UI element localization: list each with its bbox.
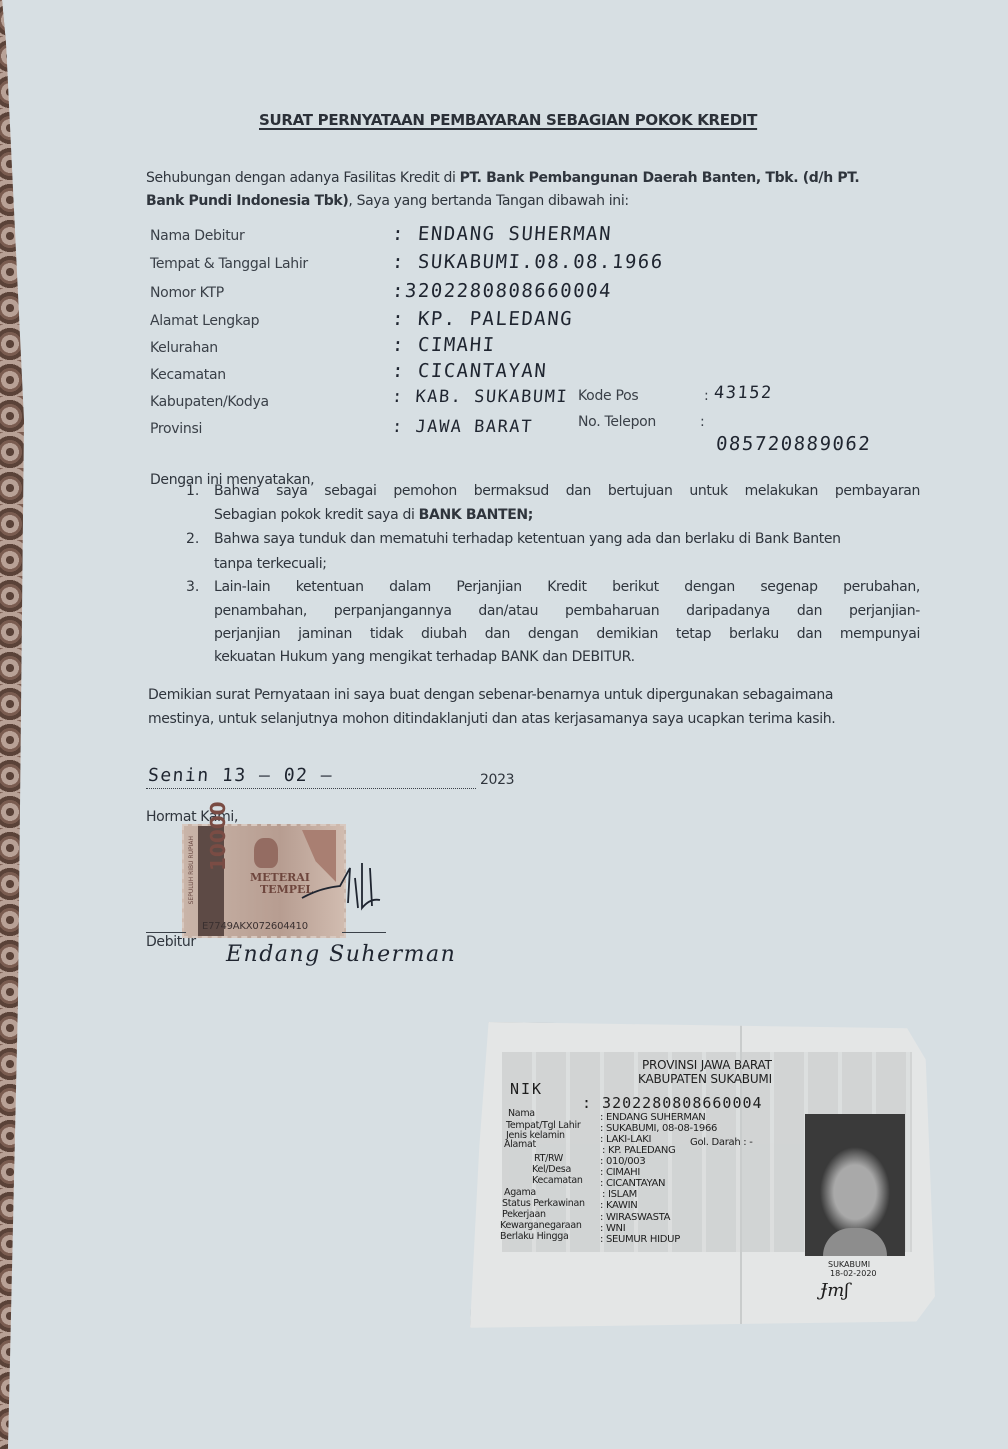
field-label-kecamatan: Kecamatan <box>150 367 226 383</box>
colon: : <box>700 414 704 430</box>
list-number: 3. <box>186 579 199 595</box>
ktp-label: Berlaku Hingga <box>500 1231 568 1242</box>
field-value-kecamatan: : CICANTAYAN <box>391 360 548 382</box>
closing-line-2: mestinya, untuk selanjutnya mohon ditind… <box>148 711 835 727</box>
field-value-ktp: :3202280808660004 <box>391 280 613 302</box>
list-number: 1. <box>186 483 199 499</box>
ktp-nik-label: NIK <box>510 1080 543 1098</box>
date-year: 2023 <box>480 772 514 788</box>
intro-text: , Saya yang bertanda Tangan dibawah ini: <box>348 193 628 209</box>
ktp-label: Kecamatan <box>532 1175 583 1186</box>
field-label-address: Alamat Lengkap <box>150 313 259 329</box>
ktp-label: Status Perkawinan <box>502 1198 585 1209</box>
field-value-address: : KP. PALEDANG <box>391 308 574 330</box>
ktp-issue-place: SUKABUMI <box>828 1260 870 1269</box>
bank-banten: BANK BANTEN; <box>419 507 533 523</box>
intro-line-2: Bank Pundi Indonesia Tbk), Saya yang ber… <box>146 193 629 209</box>
field-label-phone: No. Telepon <box>578 414 656 430</box>
statement-item-3-line-4: kekuatan Hukum yang mengikat terhadap BA… <box>214 649 635 665</box>
former-bank-name: Bank Pundi Indonesia Tbk) <box>146 193 348 209</box>
ktp-label: Kel/Desa <box>532 1164 571 1175</box>
ktp-label: Kewarganegaraan <box>500 1220 582 1231</box>
ktp-label: Agama <box>504 1187 536 1198</box>
ktp-value: : ISLAM <box>602 1189 637 1200</box>
ktp-value: : LAKI-LAKI <box>600 1134 651 1145</box>
ktp-blood-type: Gol. Darah : - <box>690 1137 753 1148</box>
field-label-birth: Tempat & Tanggal Lahir <box>150 256 308 272</box>
debtor-role-label: Debitur <box>146 934 196 950</box>
stamp-value: 10000 <box>206 801 230 871</box>
field-label-kabupaten: Kabupaten/Kodya <box>150 394 269 410</box>
ktp-value: : CICANTAYAN <box>600 1178 665 1189</box>
statement-item-3-line-3: perjanjian jaminan tidak diubah dan deng… <box>214 626 920 642</box>
list-number: 2. <box>186 531 199 547</box>
intro-text: Sehubungan dengan adanya Fasilitas Kredi… <box>146 170 460 186</box>
ktp-label: RT/RW <box>534 1153 563 1164</box>
text: Sebagian pokok kredit saya di <box>214 507 419 523</box>
signature-scribble-icon <box>300 858 390 918</box>
ktp-value: : WIRASWASTA <box>600 1212 670 1223</box>
field-label-province: Provinsi <box>150 421 202 437</box>
field-label-ktp: Nomor KTP <box>150 285 224 301</box>
field-value-birth: : SUKABUMI.08.08.1966 <box>391 251 664 273</box>
statement-item-1-line-2: Sebagian pokok kredit saya di BANK BANTE… <box>214 507 533 523</box>
ktp-value: : KAWIN <box>600 1200 637 1211</box>
stamp-side-text: SEPULUH RIBU RUPIAH <box>188 836 195 904</box>
date-handwritten: Senin 13 – 02 – <box>147 765 334 786</box>
field-label-name: Nama Debitur <box>150 228 244 244</box>
closing-line-1: Demikian surat Pernyataan ini saya buat … <box>148 687 833 703</box>
statement-item-2-line-2: tanpa terkecuali; <box>214 556 327 572</box>
paper-sheet: SURAT PERNYATAAN PEMBAYARAN SEBAGIAN POK… <box>0 0 1008 1449</box>
garuda-emblem-icon <box>254 838 278 868</box>
ktp-province: PROVINSI JAWA BARAT <box>642 1058 772 1072</box>
stamp-serial: E7749AKX072604410 <box>202 921 308 932</box>
field-value-kelurahan: : CIMAHI <box>391 334 496 356</box>
field-label-postal-code: Kode Pos <box>578 388 638 404</box>
field-label-kelurahan: Kelurahan <box>150 340 218 356</box>
document-title: SURAT PERNYATAAN PEMBAYARAN SEBAGIAN POK… <box>259 111 757 129</box>
ktp-label: Nama <box>508 1108 535 1119</box>
statement-item-3-line-1: Lain-lain ketentuan dalam Perjanjian Kre… <box>214 579 920 595</box>
ktp-regency: KABUPATEN SUKABUMI <box>638 1072 772 1086</box>
signature-line <box>342 932 386 933</box>
ktp-value: : WNI <box>600 1223 625 1234</box>
statement-item-1-line-1: Bahwa saya sebagai pemohon bermaksud dan… <box>214 483 920 499</box>
ktp-label: Pekerjaan <box>502 1209 546 1220</box>
ktp-value: : CIMAHI <box>600 1167 640 1178</box>
ktp-value: : SUKABUMI, 08-08-1966 <box>600 1123 717 1134</box>
debtor-name-handwritten: Endang Suherman <box>226 942 456 967</box>
ktp-value: : 010/003 <box>600 1156 645 1167</box>
field-value-name: : ENDANG SUHERMAN <box>391 223 613 245</box>
ktp-signature: Ɉmʃ <box>820 1280 849 1301</box>
statement-item-2-line-1: Bahwa saya tunduk dan mematuhi terhadap … <box>214 531 841 547</box>
bank-name: PT. Bank Pembangunan Daerah Banten, Tbk.… <box>460 170 860 186</box>
field-value-phone: 085720889062 <box>715 433 872 455</box>
ktp-id-card-copy: PROVINSI JAWA BARAT KABUPATEN SUKABUMI N… <box>470 1022 935 1334</box>
ktp-nik-value: : 3202280808660004 <box>582 1094 763 1112</box>
ktp-value: : ENDANG SUHERMAN <box>600 1112 705 1123</box>
statement-item-3-line-2: penambahan, perpanjangannya dan/atau pem… <box>214 603 920 619</box>
intro-line-1: Sehubungan dengan adanya Fasilitas Kredi… <box>146 170 859 186</box>
field-value-province: : JAWA BARAT <box>391 417 533 437</box>
colon: : <box>704 388 708 404</box>
ktp-issue-date: 18-02-2020 <box>830 1269 877 1278</box>
signature-line <box>146 932 186 933</box>
ktp-label: Alamat <box>504 1139 536 1150</box>
ktp-value: : KP. PALEDANG <box>602 1145 675 1156</box>
ktp-value: : SEUMUR HIDUP <box>600 1234 680 1245</box>
field-value-kabupaten: : KAB. SUKABUMI <box>391 387 568 407</box>
ktp-photo <box>805 1114 905 1256</box>
field-value-postal-code: 43152 <box>713 383 773 403</box>
